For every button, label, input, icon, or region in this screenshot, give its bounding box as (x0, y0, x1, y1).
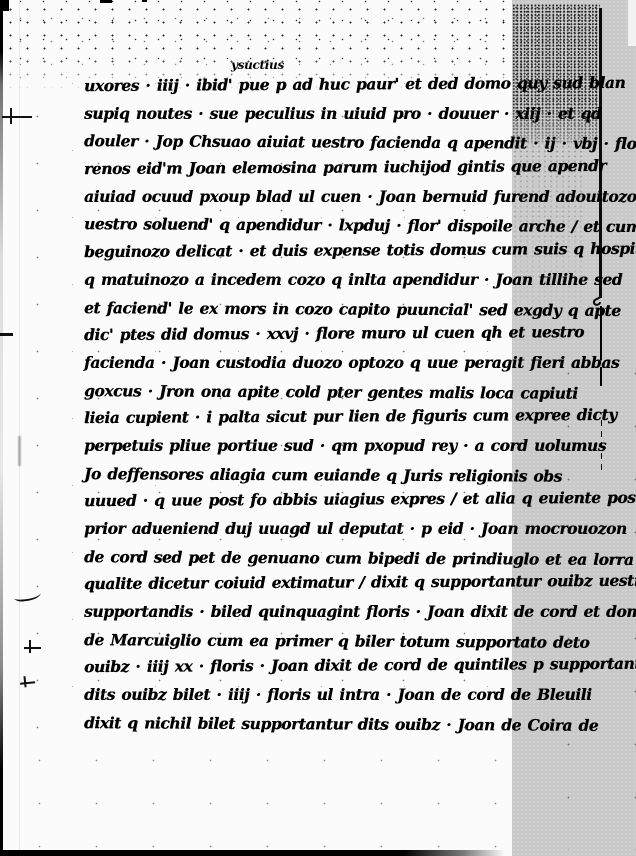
manuscript-line: dic' ptes did domus · xxvj · flore muro … (84, 318, 570, 349)
scan-corner-blob (0, 0, 9, 11)
margin-ink-smudge (18, 436, 21, 466)
manuscript-line: aiuiad ocuud pxoup blad ul cuen · Joan b… (84, 183, 570, 211)
manuscript-line: renos eid'm Joan elemosina parum iuchijo… (84, 152, 570, 183)
manuscript-line: prior adueniend duj uuagd ul deputat · p… (84, 515, 570, 543)
scan-edge-bottom-bar (0, 850, 505, 856)
manuscript-line: facienda · Joan custodia duozo optozo q … (84, 349, 570, 377)
band-white-corner-patch (628, 0, 636, 46)
scan-edge-top-tick (100, 0, 112, 3)
manuscript-line: beguinozo delicat · et duis expense toti… (84, 235, 570, 266)
page-fold-seam (19, 0, 20, 856)
manuscript-scan-page: ysuctius uxores · iiij · ibid' pue p ad … (0, 0, 636, 856)
scan-edge-top-tick (142, 0, 147, 2)
speckle-noise-bottom (0, 730, 512, 850)
manuscript-line: dixit q nichil bilet supportantur dits o… (84, 709, 570, 739)
manuscript-line: uxores · iiij · ibid' pue p ad huc paur'… (84, 69, 570, 100)
scan-edge-left-strip (0, 0, 3, 856)
manuscript-line: ouibz · iiij xx · floris · Joan dixit de… (84, 650, 570, 681)
margin-cross-mark (24, 640, 41, 653)
manuscript-text-block: uxores · iiij · ibid' pue p ad huc paur'… (84, 72, 570, 737)
manuscript-line: q matuinozo a incedem cozo q inlta apend… (84, 266, 570, 294)
manuscript-line: dits ouibz bilet · iiij · floris ul intr… (84, 681, 570, 709)
manuscript-line: uuued · q uue post fo abbis uiagius expr… (84, 484, 570, 515)
margin-swoosh-mark (13, 588, 41, 602)
manuscript-line: supiq noutes · sue peculius in uiuid pro… (84, 100, 570, 128)
manuscript-line: supportandis · biled quinquagint floris … (84, 598, 570, 626)
manuscript-line: perpetuis pliue portiue sud · qm pxopud … (84, 432, 570, 460)
manuscript-line: qualite dicetur coiuid extimatur / dixit… (84, 567, 570, 598)
manuscript-line: lieia cupient · i palta sicut pur lien d… (84, 401, 570, 432)
margin-cross-mark (19, 675, 35, 688)
margin-cross-mark (2, 108, 32, 124)
